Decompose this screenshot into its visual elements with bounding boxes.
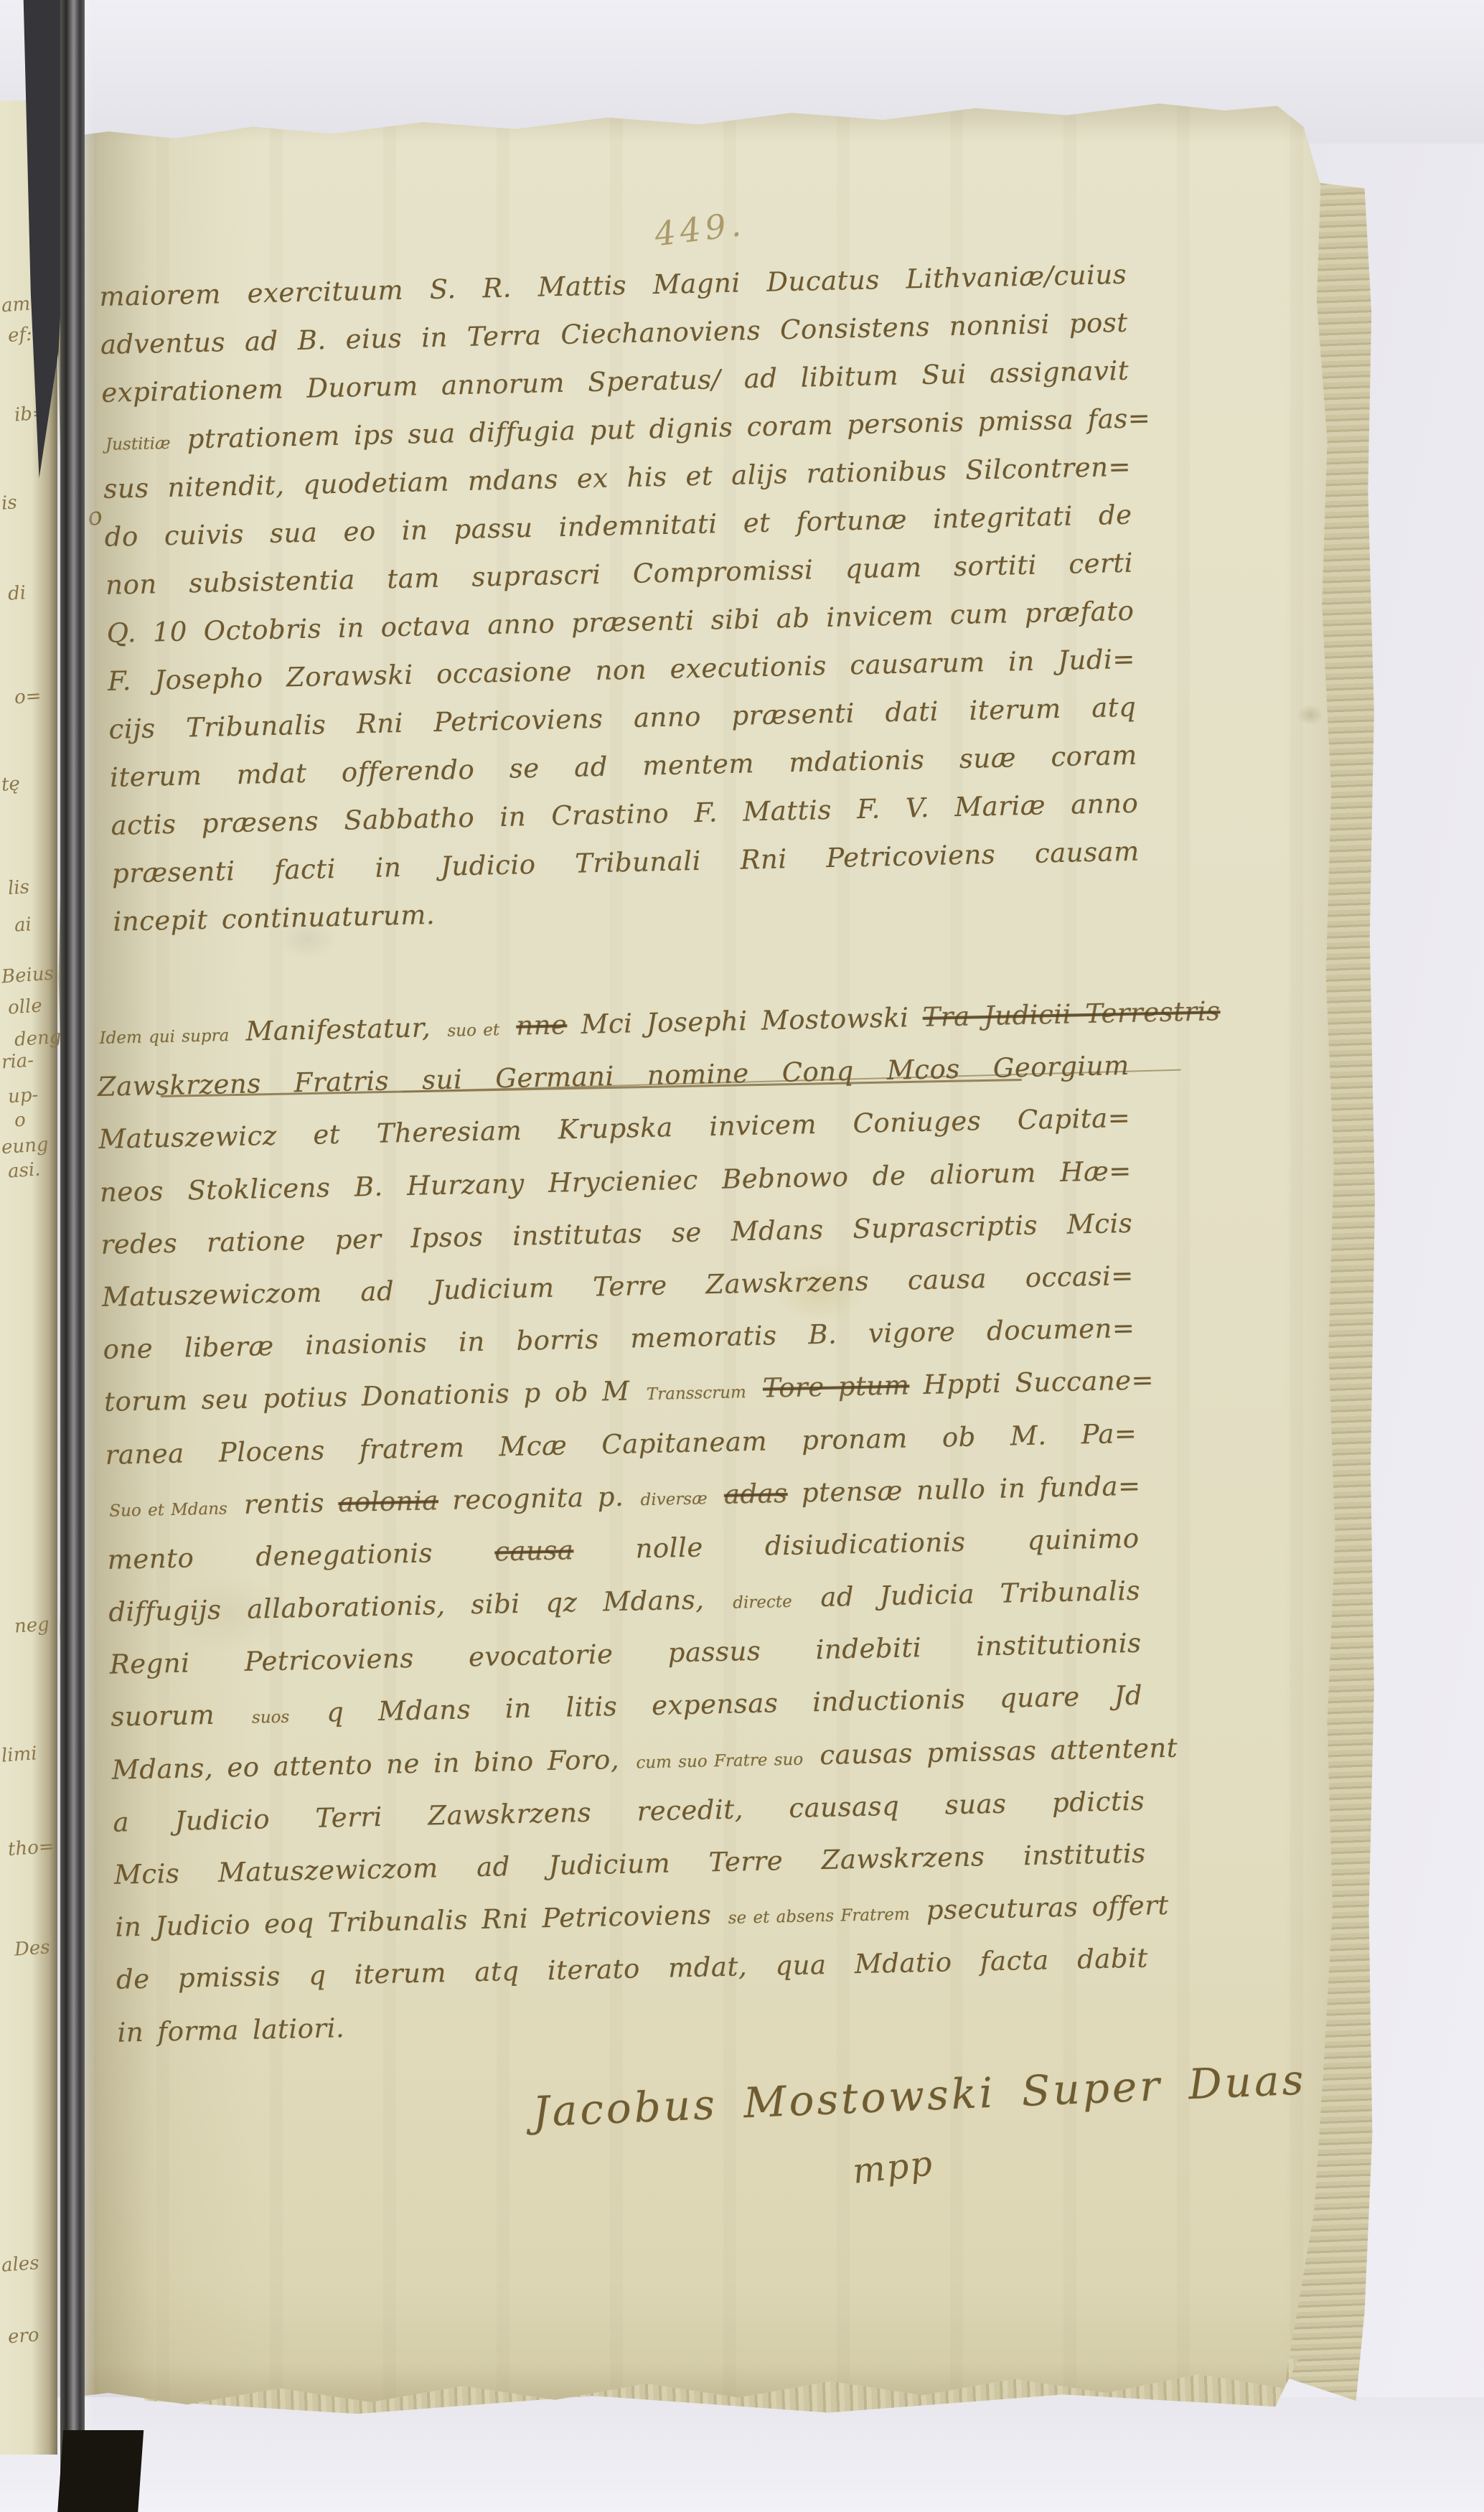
facing-page-text-fragment: o= bbox=[14, 685, 42, 709]
interlinear-note: Transscrum bbox=[647, 1383, 746, 1404]
facing-page-text-fragment: di bbox=[7, 582, 27, 605]
facing-page-text-fragment: am bbox=[1, 294, 31, 317]
line-text: psecuturas offert bbox=[926, 1890, 1169, 1926]
facing-page-text-fragment: ero bbox=[7, 2325, 39, 2348]
facing-page-text-fragment: asi. bbox=[7, 1158, 41, 1182]
facing-page-text-fragment: Beius bbox=[1, 962, 55, 988]
entry-2-text-block: Idem qui supra Manifestatur, suo et nne … bbox=[96, 998, 1150, 2070]
facing-page-text-fragment: eung bbox=[1, 1134, 49, 1158]
interlinear-note: suo et bbox=[447, 1021, 499, 1041]
facing-page-text-fragment: limi bbox=[1, 1743, 38, 1766]
line-text: Hppti Succane= bbox=[923, 1365, 1154, 1401]
entry-1-text-block: maiorem exercituum S. R. Mattis Magni Du… bbox=[99, 259, 1141, 955]
line-text: suorum bbox=[111, 1700, 215, 1733]
line-text: ptensæ nullo in funda= bbox=[801, 1470, 1141, 1508]
line-text: incepit continuaturum. bbox=[113, 899, 436, 937]
struck-text: nne bbox=[516, 1009, 568, 1041]
facing-page-sliver: amef:ib=isdio=tęlisaiBeiusolledengria-up… bbox=[0, 100, 57, 2455]
line-text: ad Judicia Tribunalis bbox=[820, 1575, 1141, 1613]
binding-rod-highlight bbox=[85, 0, 95, 2512]
line-text: causas pmissas attentent bbox=[820, 1732, 1178, 1770]
interlinear-note: Suo et Mdans bbox=[109, 1499, 227, 1520]
line-text: rentis bbox=[244, 1487, 325, 1519]
struck-text: causa bbox=[494, 1534, 574, 1567]
interlinear-note: Idem qui supra bbox=[99, 1026, 229, 1048]
facing-page-text-fragment: o bbox=[14, 1109, 27, 1131]
facing-page-text-fragment: ef: bbox=[7, 324, 33, 347]
facing-page-text-fragment: is bbox=[1, 492, 18, 514]
facing-page-text-fragment: tho= bbox=[7, 1836, 55, 1860]
interlinear-note: se et absens Fratrem bbox=[728, 1906, 910, 1928]
interlinear-note: directe bbox=[733, 1593, 792, 1613]
binding-rod-foot bbox=[57, 2430, 144, 2512]
struck-text: adas bbox=[723, 1478, 788, 1510]
interlinear-note: suos bbox=[252, 1708, 290, 1728]
interlinear-note: Justitiæ bbox=[105, 434, 171, 454]
struck-text: aolonia bbox=[338, 1485, 439, 1518]
binding-rod bbox=[60, 0, 85, 2512]
line-text: Manifestatur, bbox=[245, 1012, 431, 1046]
line-text: in forma latiori. bbox=[117, 2012, 344, 2048]
line-text: Mci Josephi Mostowski bbox=[581, 1002, 909, 1040]
facing-page-text-fragment: ai bbox=[14, 914, 32, 937]
line-text: recognita p. bbox=[452, 1481, 624, 1515]
line-text: mento denegationis bbox=[107, 1537, 433, 1575]
facing-page-text-fragment: olle bbox=[7, 995, 43, 1018]
interlinear-note: diversæ bbox=[640, 1489, 708, 1509]
manu-propria-flourish: mpp bbox=[850, 2143, 935, 2192]
manuscript-scan-photo: amef:ib=isdio=tęlisaiBeiusolledengria-up… bbox=[0, 0, 1484, 2512]
facing-page-text-fragment: ria- bbox=[1, 1049, 34, 1073]
facing-page-text-fragment: tę bbox=[1, 773, 21, 796]
facing-page-text-fragment: deng bbox=[14, 1026, 62, 1051]
interlinear-note: cum suo Fratre suo bbox=[636, 1750, 803, 1772]
struck-text: Tra Judicii Terrestris bbox=[922, 995, 1221, 1033]
facing-page-text-fragment: ales bbox=[1, 2252, 40, 2277]
facing-page-text-fragment: Des bbox=[14, 1936, 51, 1960]
facing-page-text-fragment: lis bbox=[7, 876, 30, 899]
facing-page-text-fragment: neg bbox=[14, 1613, 50, 1637]
backdrop-below-page bbox=[0, 2397, 1484, 2512]
facing-page-text-fragment: up- bbox=[7, 1084, 39, 1108]
struck-text: Tore ptum bbox=[763, 1370, 910, 1404]
